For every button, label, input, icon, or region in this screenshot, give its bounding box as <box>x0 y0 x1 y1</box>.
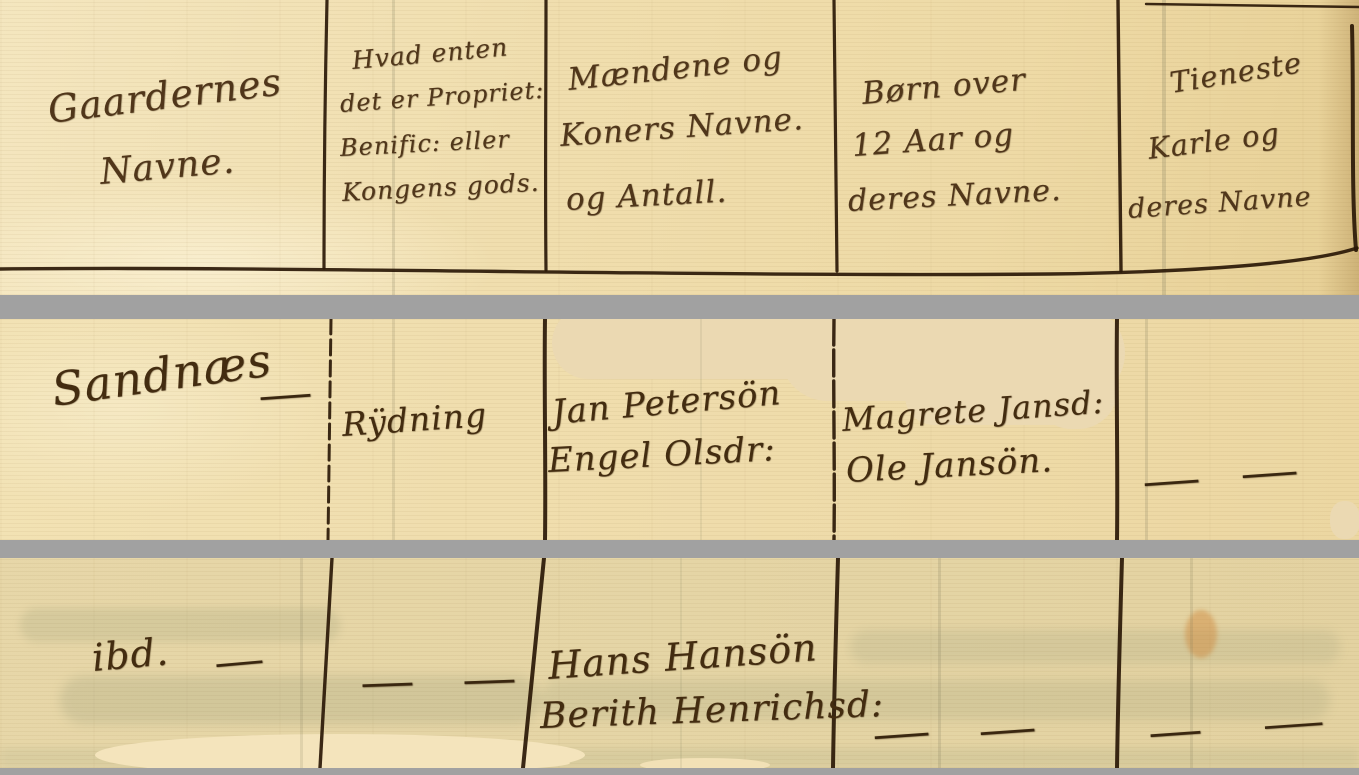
redaction-patch <box>552 319 822 379</box>
fold-line <box>1145 319 1148 540</box>
row1-husband-name: Jan Petersön <box>550 373 783 433</box>
redaction-patch <box>170 754 570 768</box>
dash-mark: — <box>214 654 265 668</box>
scan-strip-row1: Sandnæs — Rÿdning Jan Petersön Engel Ols… <box>0 319 1359 540</box>
header-ownership-line1: Hvad enten <box>351 32 510 75</box>
redaction-patch <box>95 734 585 768</box>
fold-line <box>938 558 941 768</box>
dash-mark: — <box>1240 465 1299 479</box>
row1-ownership: Rÿdning <box>341 395 489 444</box>
header-farm-line1: Gaardernes <box>45 59 284 131</box>
dash-mark: — <box>1142 473 1201 487</box>
header-ownership-line3: Benific: eller <box>339 125 510 162</box>
scan-strip-header: Gaardernes Navne. Hvad enten det er Prop… <box>0 0 1359 295</box>
header-couple-line1: Mændene og <box>566 40 784 98</box>
scanned-register-page: Gaardernes Navne. Hvad enten det er Prop… <box>0 0 1359 775</box>
row2-husband-name: Hans Hansön <box>546 625 818 688</box>
header-servants-line1: Tieneste <box>1167 45 1304 99</box>
bleedthrough-stain <box>20 608 340 642</box>
header-servants-line2: Karle og <box>1146 116 1282 166</box>
dash-mark: — <box>1148 724 1203 738</box>
redaction-patch <box>640 758 770 768</box>
fold-line <box>700 319 702 540</box>
redaction-patch <box>1330 501 1359 539</box>
bleedthrough-stain <box>850 630 1340 664</box>
header-children-line1: Børn over <box>860 62 1027 112</box>
rust-stain <box>1185 610 1217 658</box>
dash-mark: — <box>872 726 931 740</box>
scan-strip-row2: ibd. — — — Hans Hansön Berith Henrichsd:… <box>0 558 1359 768</box>
header-ownership-line2: det er Propriet: <box>339 76 545 118</box>
header-children-line3: deres Navne. <box>847 173 1062 219</box>
dash-mark: — <box>978 722 1037 736</box>
header-couple-line3: og Antall. <box>565 174 728 218</box>
dash-mark: — <box>360 676 415 688</box>
dash-mark: — <box>462 673 517 685</box>
header-children-line2: 12 Aar og <box>851 117 1015 164</box>
header-servants-line3: deres Navne <box>1127 181 1313 225</box>
row2-farm-name: ibd. <box>90 629 170 680</box>
row1-child-name: Ole Jansön. <box>845 440 1054 491</box>
dash-mark: — <box>1262 716 1326 730</box>
redaction-patch <box>860 319 1110 377</box>
row1-farm-name: Sandnæs <box>48 332 275 416</box>
row1-child-name: Magrete Jansd: <box>841 383 1106 439</box>
header-farm-line2: Navne. <box>98 140 236 193</box>
header-couple-line2: Koners Navne. <box>559 101 805 154</box>
row2-wife-name: Berith Henrichsd: <box>539 684 884 737</box>
dash-mark: — <box>258 387 313 401</box>
header-ownership-line4: Kongens gods. <box>341 168 540 207</box>
fold-line <box>300 558 303 768</box>
row1-wife-name: Engel Olsdr: <box>547 429 777 481</box>
